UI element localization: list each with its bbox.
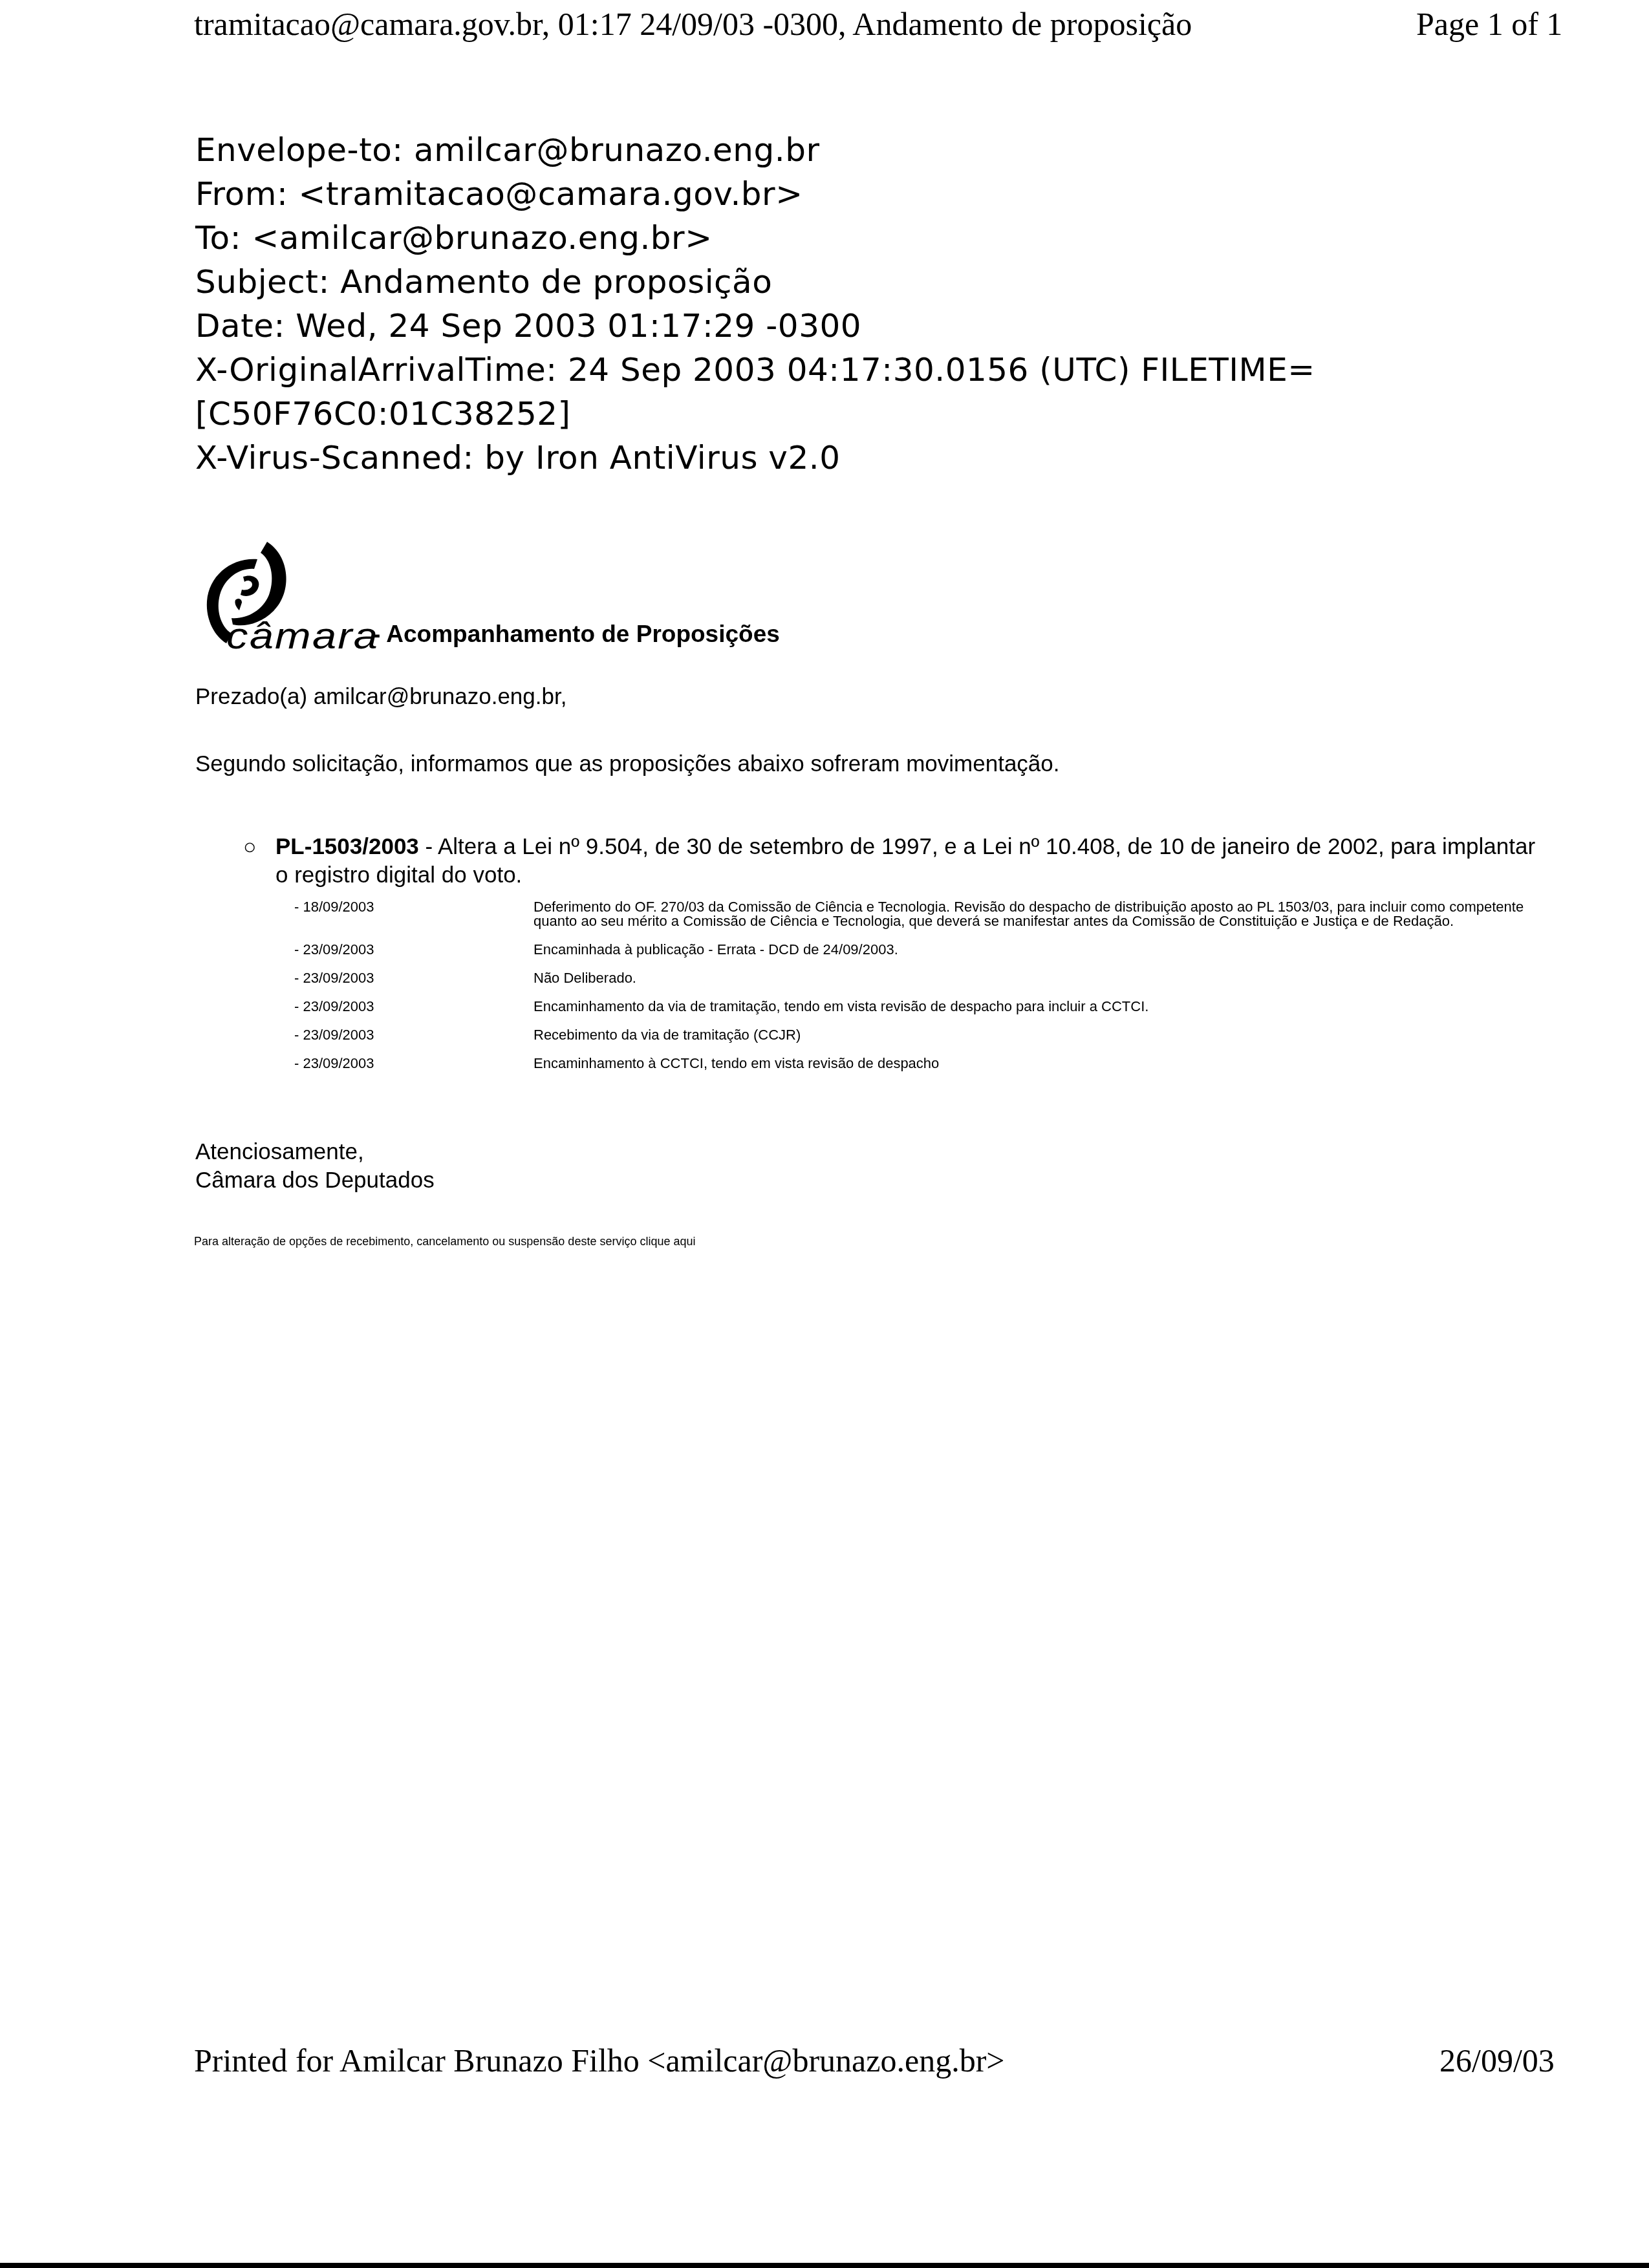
history-description: Encaminhada à publicação - Errata - DCD …: [533, 943, 1562, 957]
history-row: - 23/09/2003 Encaminhada à publicação - …: [294, 943, 1555, 957]
header-date: Date: Wed, 24 Sep 2003 01:17:29 -0300: [195, 304, 1315, 348]
history-date: - 23/09/2003: [294, 971, 374, 985]
header-envelope-to: Envelope-to: amilcar@brunazo.eng.br: [195, 128, 1315, 172]
email-headers: Envelope-to: amilcar@brunazo.eng.br From…: [195, 128, 1315, 480]
subscription-options-link[interactable]: Para alteração de opções de recebimento,…: [194, 1235, 696, 1248]
proposition-code: PL-1503/2003: [275, 834, 419, 859]
printed-for: Printed for Amilcar Brunazo Filho <amilc…: [194, 2042, 1005, 2079]
history-date: - 23/09/2003: [294, 1056, 374, 1071]
history-description: Encaminhamento da via de tramitação, ten…: [533, 1000, 1562, 1014]
closing-signature: Câmara dos Deputados: [195, 1166, 435, 1195]
proposition-text: PL-1503/2003 - Altera a Lei nº 9.504, de…: [275, 833, 1549, 890]
history-description: Deferimento do OF. 270/03 da Comissão de…: [533, 900, 1562, 928]
history-description: Encaminhamento à CCTCI, tendo em vista r…: [533, 1056, 1562, 1071]
history-row: - 23/09/2003 Encaminhamento à CCTCI, ten…: [294, 1056, 1555, 1071]
header-virus-scanned: X-Virus-Scanned: by Iron AntiVirus v2.0: [195, 436, 1315, 480]
closing-salutation: Atenciosamente,: [195, 1138, 435, 1166]
greeting: Prezado(a) amilcar@brunazo.eng.br,: [195, 684, 566, 710]
history-date: - 23/09/2003: [294, 1028, 374, 1042]
print-date: 26/09/03: [1439, 2042, 1555, 2079]
camara-logo: câmara - Acompanhamento de Proposições: [193, 530, 969, 653]
header-to: To: <amilcar@brunazo.eng.br>: [195, 216, 1315, 260]
history-row: - 23/09/2003 Encaminhamento da via de tr…: [294, 1000, 1555, 1014]
history-date: - 18/09/2003: [294, 900, 374, 914]
page-number: Page 1 of 1: [1416, 5, 1562, 43]
history-row: - 23/09/2003 Recebimento da via de trami…: [294, 1028, 1555, 1042]
proposition-description: - Altera a Lei nº 9.504, de 30 de setemb…: [275, 834, 1535, 888]
header-arrival-time: X-OriginalArrivalTime: 24 Sep 2003 04:17…: [195, 348, 1315, 392]
header-subject: Subject: Andamento de proposição: [195, 260, 1315, 304]
hollow-circle-bullet-icon: ○: [243, 833, 257, 861]
intro-text: Segundo solicitação, informamos que as p…: [195, 751, 1060, 777]
closing: Atenciosamente, Câmara dos Deputados: [195, 1138, 435, 1195]
history-description: Recebimento da via de tramitação (CCJR): [533, 1028, 1562, 1042]
print-header-title: tramitacao@camara.gov.br, 01:17 24/09/03…: [194, 5, 1192, 43]
history-description: Não Deliberado.: [533, 971, 1562, 985]
logo-wordmark: câmara: [226, 614, 379, 658]
proposition-history: - 18/09/2003 Deferimento do OF. 270/03 d…: [294, 900, 1555, 1085]
header-filetime: [C50F76C0:01C38252]: [195, 392, 1315, 436]
scan-edge: [0, 2263, 1649, 2268]
history-date: - 23/09/2003: [294, 943, 374, 957]
history-date: - 23/09/2003: [294, 1000, 374, 1014]
logo-subtitle: - Acompanhamento de Proposições: [372, 621, 780, 648]
header-from: From: <tramitacao@camara.gov.br>: [195, 172, 1315, 216]
history-row: - 23/09/2003 Não Deliberado.: [294, 971, 1555, 985]
history-row: - 18/09/2003 Deferimento do OF. 270/03 d…: [294, 900, 1555, 928]
